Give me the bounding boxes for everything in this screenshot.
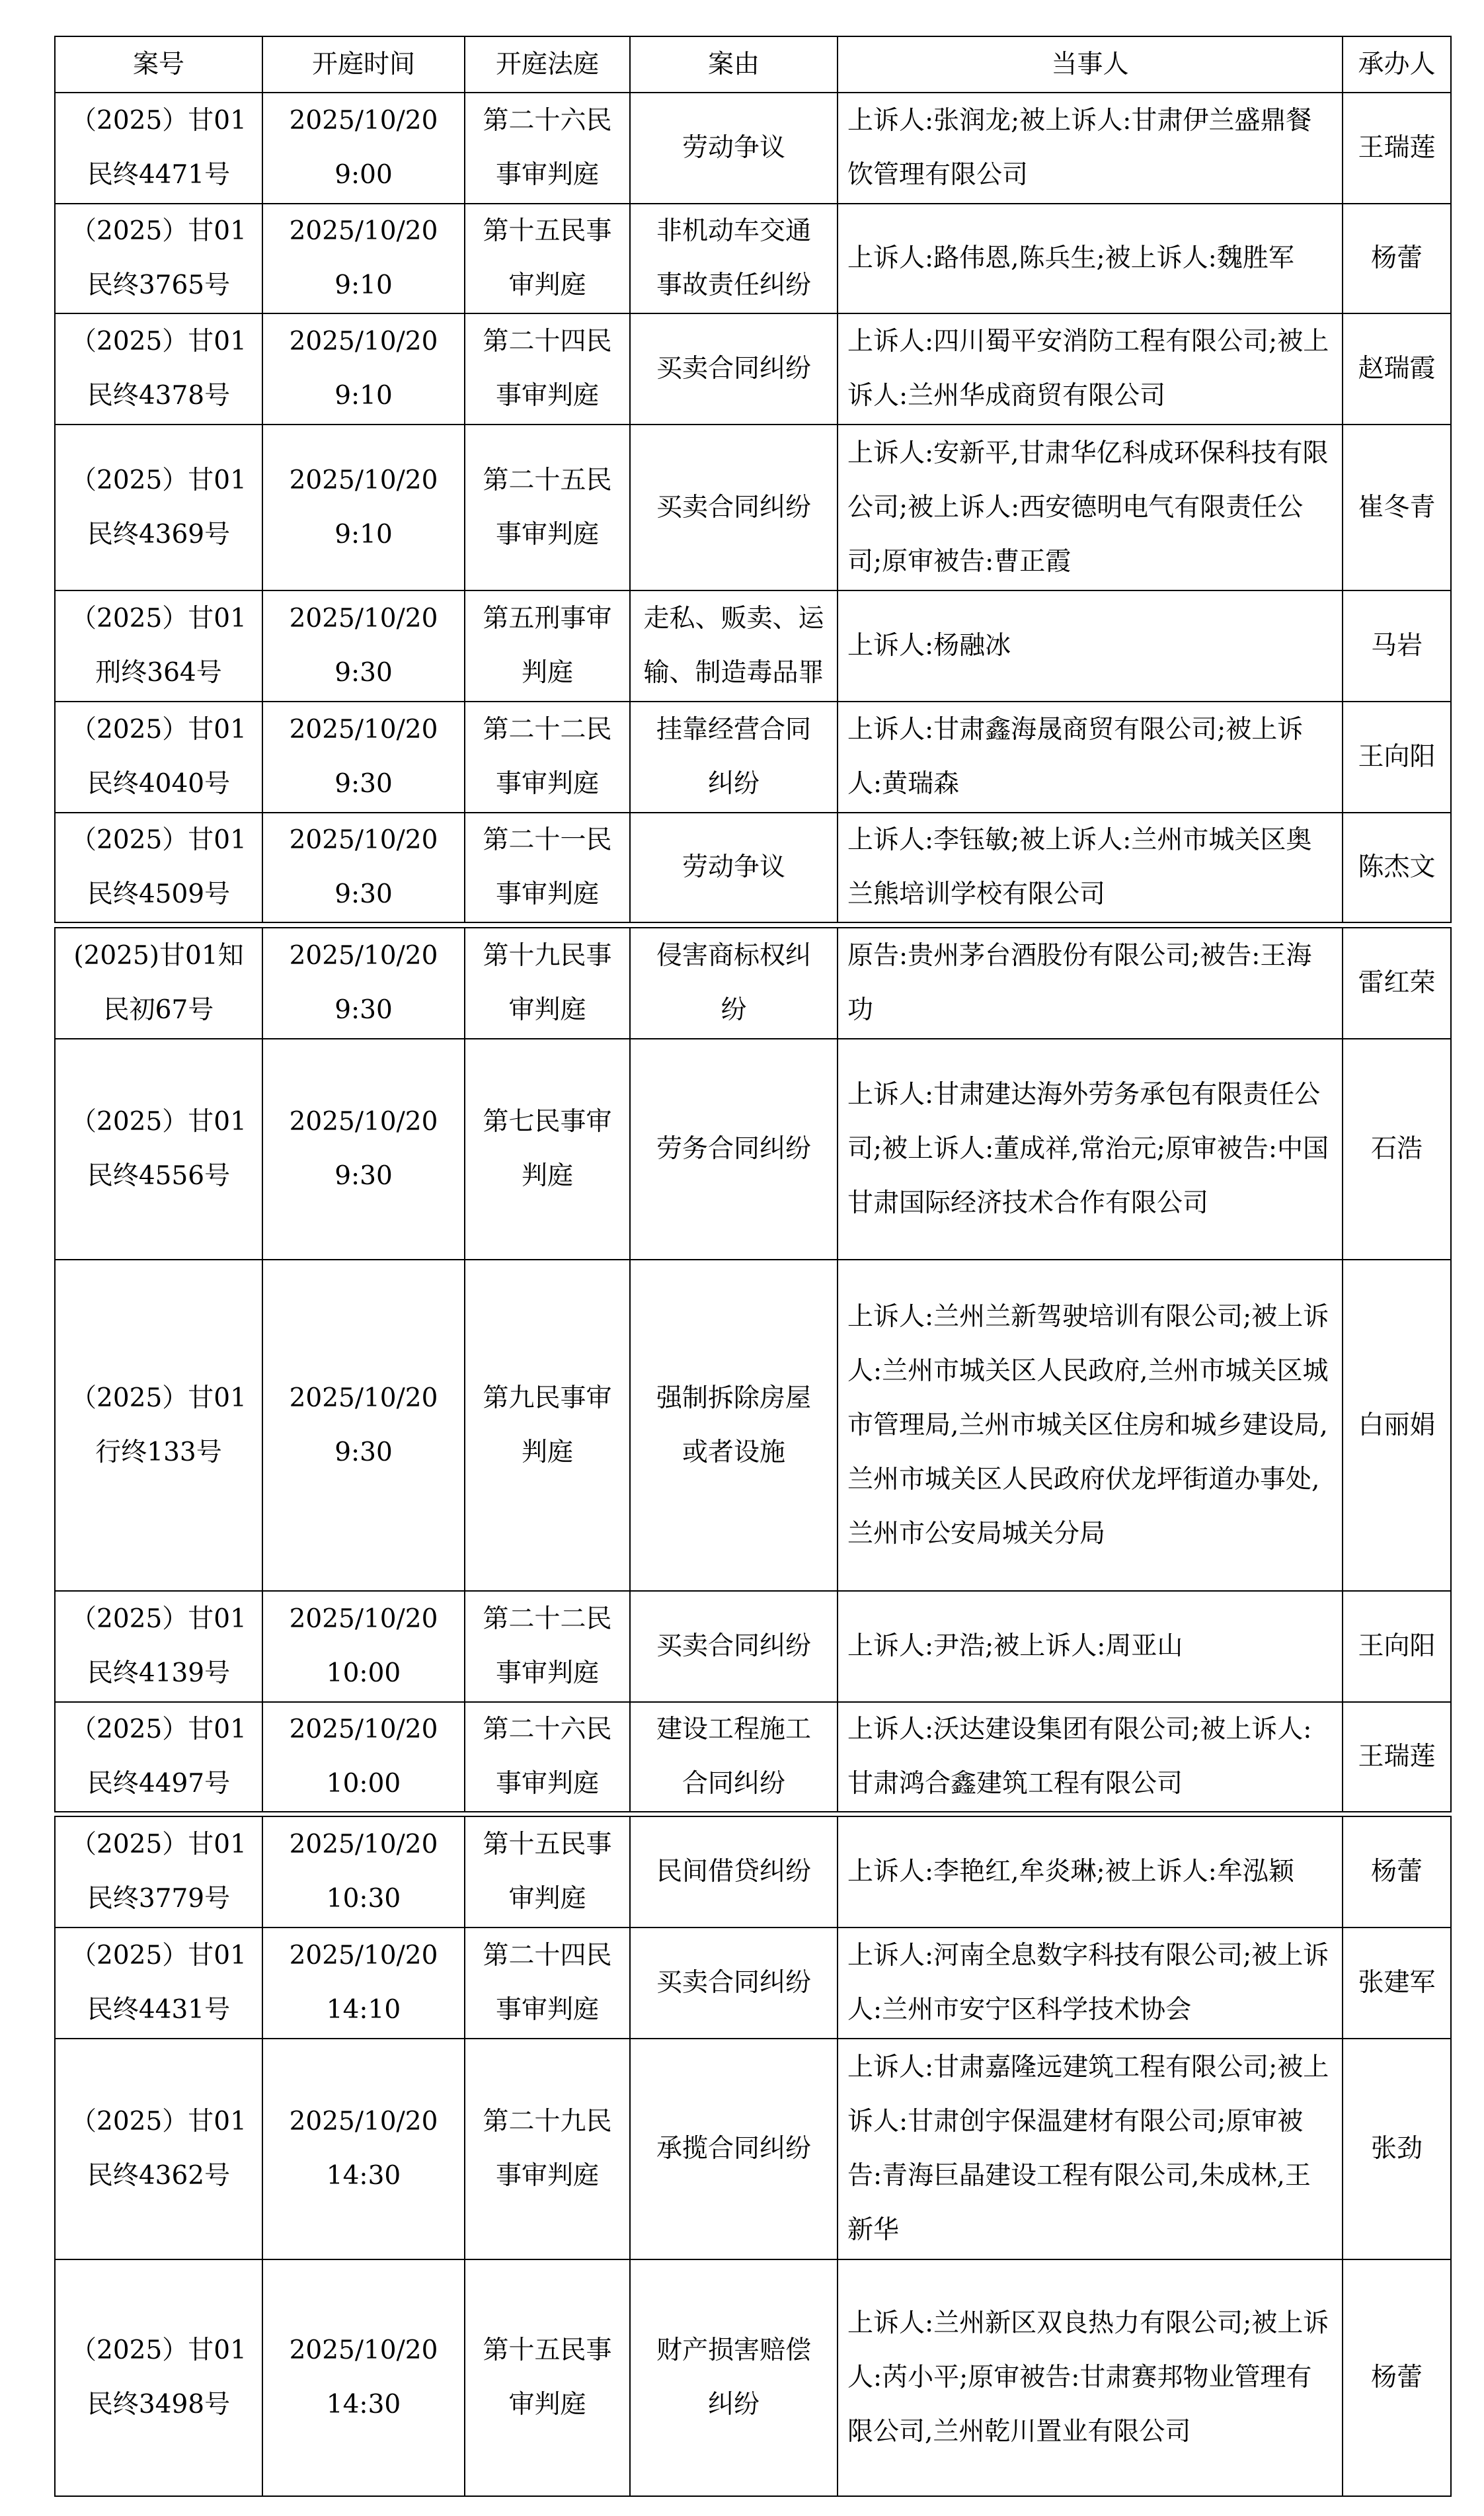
cell-hearing-time: 2025/10/20 9:00 [262, 93, 465, 204]
cell-parties: 上诉人:安新平,甘肃华亿科成环保科技有限公司;被上诉人:西安德明电气有限责任公司… [838, 425, 1343, 590]
cell-hearing-time: 2025/10/20 9:30 [262, 590, 465, 702]
cell-judge: 王瑞莲 [1343, 93, 1451, 204]
cell-case-number: （2025）甘01 民终4431号 [55, 1928, 262, 2039]
cell-courtroom: 第二十四民 事审判庭 [465, 313, 630, 425]
cell-parties: 上诉人:甘肃建达海外劳务承包有限责任公司;被上诉人:董成祥,常治元;原审被告:中… [838, 1039, 1343, 1260]
cell-case-number: （2025）甘01 民终4378号 [55, 313, 262, 425]
cell-case-cause: 走私、贩卖、运输、制造毒品罪 [630, 590, 838, 702]
cell-hearing-time: 2025/10/20 14:30 [262, 2259, 465, 2496]
table-row: （2025）甘01 民终3765号2025/10/20 9:10第十五民事 审判… [55, 204, 1451, 313]
header-case-number: 案号 [55, 36, 262, 93]
cell-case-cause: 挂靠经营合同 纠纷 [630, 702, 838, 813]
cell-parties: 上诉人:李艳红,牟炎琳;被上诉人:牟泓颖 [838, 1816, 1343, 1928]
cell-hearing-time: 2025/10/20 10:00 [262, 1591, 465, 1702]
cell-judge: 杨蕾 [1343, 1816, 1451, 1928]
cell-case-number: （2025）甘01 行终133号 [55, 1260, 262, 1591]
table-row: （2025）甘01 民终4431号2025/10/20 14:10第二十四民 事… [55, 1928, 1451, 2039]
table-row: （2025）甘01 民终4556号2025/10/20 9:30第七民事审 判庭… [55, 1039, 1451, 1260]
cell-judge: 王向阳 [1343, 702, 1451, 813]
cell-case-number: （2025）甘01 民终4040号 [55, 702, 262, 813]
cell-parties: 上诉人:杨融冰 [838, 590, 1343, 702]
table-row: （2025）甘01 民终4497号2025/10/20 10:00第二十六民 事… [55, 1702, 1451, 1812]
table-row: （2025）甘01 行终133号2025/10/20 9:30第九民事审 判庭强… [55, 1260, 1451, 1591]
table-row: （2025）甘01 民终4378号2025/10/20 9:10第二十四民 事审… [55, 313, 1451, 425]
cell-hearing-time: 2025/10/20 9:30 [262, 813, 465, 922]
table-row: (2025)甘01知 民初67号2025/10/20 9:30第十九民事 审判庭… [55, 928, 1451, 1039]
cell-case-cause: 买卖合同纠纷 [630, 425, 838, 590]
cell-parties: 上诉人:河南全息数字科技有限公司;被上诉人:兰州市安宁区科学技术协会 [838, 1928, 1343, 2039]
cell-case-number: （2025）甘01 民终3779号 [55, 1816, 262, 1928]
cell-parties: 上诉人:甘肃鑫海晟商贸有限公司;被上诉人:黄瑞森 [838, 702, 1343, 813]
table-row: （2025）甘01 民终4471号2025/10/20 9:00第二十六民 事审… [55, 93, 1451, 204]
cell-hearing-time: 2025/10/20 9:30 [262, 1260, 465, 1591]
cell-case-cause: 承揽合同纠纷 [630, 2039, 838, 2259]
cell-hearing-time: 2025/10/20 14:30 [262, 2039, 465, 2259]
cell-courtroom: 第二十一民 事审判庭 [465, 813, 630, 922]
cell-judge: 杨蕾 [1343, 2259, 1451, 2496]
table-header-row: 案号 开庭时间 开庭法庭 案由 当事人 承办人 [55, 36, 1451, 93]
cell-case-cause: 民间借贷纠纷 [630, 1816, 838, 1928]
header-parties: 当事人 [838, 36, 1343, 93]
cell-parties: 上诉人:尹浩;被上诉人:周亚山 [838, 1591, 1343, 1702]
cell-hearing-time: 2025/10/20 10:30 [262, 1816, 465, 1928]
cell-case-cause: 劳务合同纠纷 [630, 1039, 838, 1260]
table-row: （2025）甘01 民终4509号2025/10/20 9:30第二十一民 事审… [55, 813, 1451, 922]
cell-case-cause: 财产损害赔偿 纠纷 [630, 2259, 838, 2496]
cell-judge: 张建军 [1343, 1928, 1451, 2039]
cell-courtroom: 第二十二民 事审判庭 [465, 1591, 630, 1702]
cell-case-number: （2025）甘01 刑终364号 [55, 590, 262, 702]
cell-hearing-time: 2025/10/20 9:10 [262, 425, 465, 590]
table-row: （2025）甘01 民终4139号2025/10/20 10:00第二十二民 事… [55, 1591, 1451, 1702]
cell-parties: 上诉人:路伟恩,陈兵生;被上诉人:魏胜军 [838, 204, 1343, 313]
cell-parties: 上诉人:兰州新区双良热力有限公司;被上诉人:芮小平;原审被告:甘肃赛邦物业管理有… [838, 2259, 1343, 2496]
cell-hearing-time: 2025/10/20 10:00 [262, 1702, 465, 1812]
header-case-cause: 案由 [630, 36, 838, 93]
section-1-body: （2025）甘01 民终4471号2025/10/20 9:00第二十六民 事审… [55, 93, 1451, 922]
cell-case-number: （2025）甘01 民终4362号 [55, 2039, 262, 2259]
cell-parties: 上诉人:张润龙;被上诉人:甘肃伊兰盛鼎餐饮管理有限公司 [838, 93, 1343, 204]
cell-judge: 王向阳 [1343, 1591, 1451, 1702]
cell-case-number: （2025）甘01 民终4497号 [55, 1702, 262, 1812]
cell-case-number: （2025）甘01 民终3498号 [55, 2259, 262, 2496]
cell-courtroom: 第五刑事审 判庭 [465, 590, 630, 702]
cell-parties: 上诉人:兰州兰新驾驶培训有限公司;被上诉人:兰州市城关区人民政府,兰州市城关区城… [838, 1260, 1343, 1591]
cell-judge: 赵瑞霞 [1343, 313, 1451, 425]
table-row: （2025）甘01 民终4369号2025/10/20 9:10第二十五民 事审… [55, 425, 1451, 590]
cell-courtroom: 第十九民事 审判庭 [465, 928, 630, 1039]
cell-judge: 马岩 [1343, 590, 1451, 702]
cell-case-cause: 建设工程施工 合同纠纷 [630, 1702, 838, 1812]
cell-case-number: （2025）甘01 民终4556号 [55, 1039, 262, 1260]
cell-courtroom: 第二十五民 事审判庭 [465, 425, 630, 590]
cell-hearing-time: 2025/10/20 14:10 [262, 1928, 465, 2039]
cell-hearing-time: 2025/10/20 9:10 [262, 204, 465, 313]
section-3-body: （2025）甘01 民终3779号2025/10/20 10:30第十五民事 审… [55, 1816, 1451, 2496]
cell-hearing-time: 2025/10/20 9:10 [262, 313, 465, 425]
cell-courtroom: 第十五民事 审判庭 [465, 1816, 630, 1928]
cell-courtroom: 第二十六民 事审判庭 [465, 93, 630, 204]
cell-case-number: （2025）甘01 民终4509号 [55, 813, 262, 922]
cell-case-cause: 买卖合同纠纷 [630, 1591, 838, 1702]
cell-hearing-time: 2025/10/20 9:30 [262, 1039, 465, 1260]
cell-case-number: （2025）甘01 民终3765号 [55, 204, 262, 313]
cell-courtroom: 第二十六民 事审判庭 [465, 1702, 630, 1812]
cell-judge: 王瑞莲 [1343, 1702, 1451, 1812]
cell-judge: 陈杰文 [1343, 813, 1451, 922]
cell-courtroom: 第九民事审 判庭 [465, 1260, 630, 1591]
cell-case-cause: 侵害商标权纠 纷 [630, 928, 838, 1039]
table-row: （2025）甘01 民终3779号2025/10/20 10:30第十五民事 审… [55, 1816, 1451, 1928]
cell-judge: 张劲 [1343, 2039, 1451, 2259]
court-schedule-table-section-2: (2025)甘01知 民初67号2025/10/20 9:30第十九民事 审判庭… [54, 927, 1452, 1812]
cell-courtroom: 第二十二民 事审判庭 [465, 702, 630, 813]
cell-judge: 杨蕾 [1343, 204, 1451, 313]
header-judge: 承办人 [1343, 36, 1451, 93]
cell-courtroom: 第十五民事 审判庭 [465, 204, 630, 313]
cell-judge: 石浩 [1343, 1039, 1451, 1260]
court-schedule-table-section-1: 案号 开庭时间 开庭法庭 案由 当事人 承办人 （2025）甘01 民终4471… [54, 36, 1452, 923]
cell-hearing-time: 2025/10/20 9:30 [262, 928, 465, 1039]
cell-courtroom: 第二十四民 事审判庭 [465, 1928, 630, 2039]
table-row: （2025）甘01 民终4362号2025/10/20 14:30第二十九民 事… [55, 2039, 1451, 2259]
cell-parties: 上诉人:四川蜀平安消防工程有限公司;被上诉人:兰州华成商贸有限公司 [838, 313, 1343, 425]
table-row: （2025）甘01 民终4040号2025/10/20 9:30第二十二民 事审… [55, 702, 1451, 813]
table-row: （2025）甘01 民终3498号2025/10/20 14:30第十五民事 审… [55, 2259, 1451, 2496]
cell-case-cause: 非机动车交通 事故责任纠纷 [630, 204, 838, 313]
cell-judge: 白丽娟 [1343, 1260, 1451, 1591]
cell-courtroom: 第二十九民 事审判庭 [465, 2039, 630, 2259]
cell-parties: 原告:贵州茅台酒股份有限公司;被告:王海功 [838, 928, 1343, 1039]
section-2-body: (2025)甘01知 民初67号2025/10/20 9:30第十九民事 审判庭… [55, 928, 1451, 1812]
cell-parties: 上诉人:李钰敏;被上诉人:兰州市城关区奥兰熊培训学校有限公司 [838, 813, 1343, 922]
cell-hearing-time: 2025/10/20 9:30 [262, 702, 465, 813]
cell-judge: 雷红荣 [1343, 928, 1451, 1039]
cell-case-cause: 买卖合同纠纷 [630, 313, 838, 425]
cell-case-number: （2025）甘01 民终4139号 [55, 1591, 262, 1702]
header-hearing-time: 开庭时间 [262, 36, 465, 93]
cell-case-cause: 劳动争议 [630, 813, 838, 922]
cell-case-number: (2025)甘01知 民初67号 [55, 928, 262, 1039]
cell-case-cause: 劳动争议 [630, 93, 838, 204]
table-row: （2025）甘01 刑终364号2025/10/20 9:30第五刑事审 判庭走… [55, 590, 1451, 702]
cell-case-number: （2025）甘01 民终4471号 [55, 93, 262, 204]
cell-judge: 崔冬青 [1343, 425, 1451, 590]
cell-case-number: （2025）甘01 民终4369号 [55, 425, 262, 590]
cell-parties: 上诉人:甘肃嘉隆远建筑工程有限公司;被上诉人:甘肃创宇保温建材有限公司;原审被告… [838, 2039, 1343, 2259]
cell-case-cause: 强制拆除房屋 或者设施 [630, 1260, 838, 1591]
header-courtroom: 开庭法庭 [465, 36, 630, 93]
cell-case-cause: 买卖合同纠纷 [630, 1928, 838, 2039]
cell-courtroom: 第十五民事 审判庭 [465, 2259, 630, 2496]
cell-courtroom: 第七民事审 判庭 [465, 1039, 630, 1260]
court-schedule-table-section-3: （2025）甘01 民终3779号2025/10/20 10:30第十五民事 审… [54, 1816, 1452, 2497]
cell-parties: 上诉人:沃达建设集团有限公司;被上诉人:甘肃鸿合鑫建筑工程有限公司 [838, 1702, 1343, 1812]
